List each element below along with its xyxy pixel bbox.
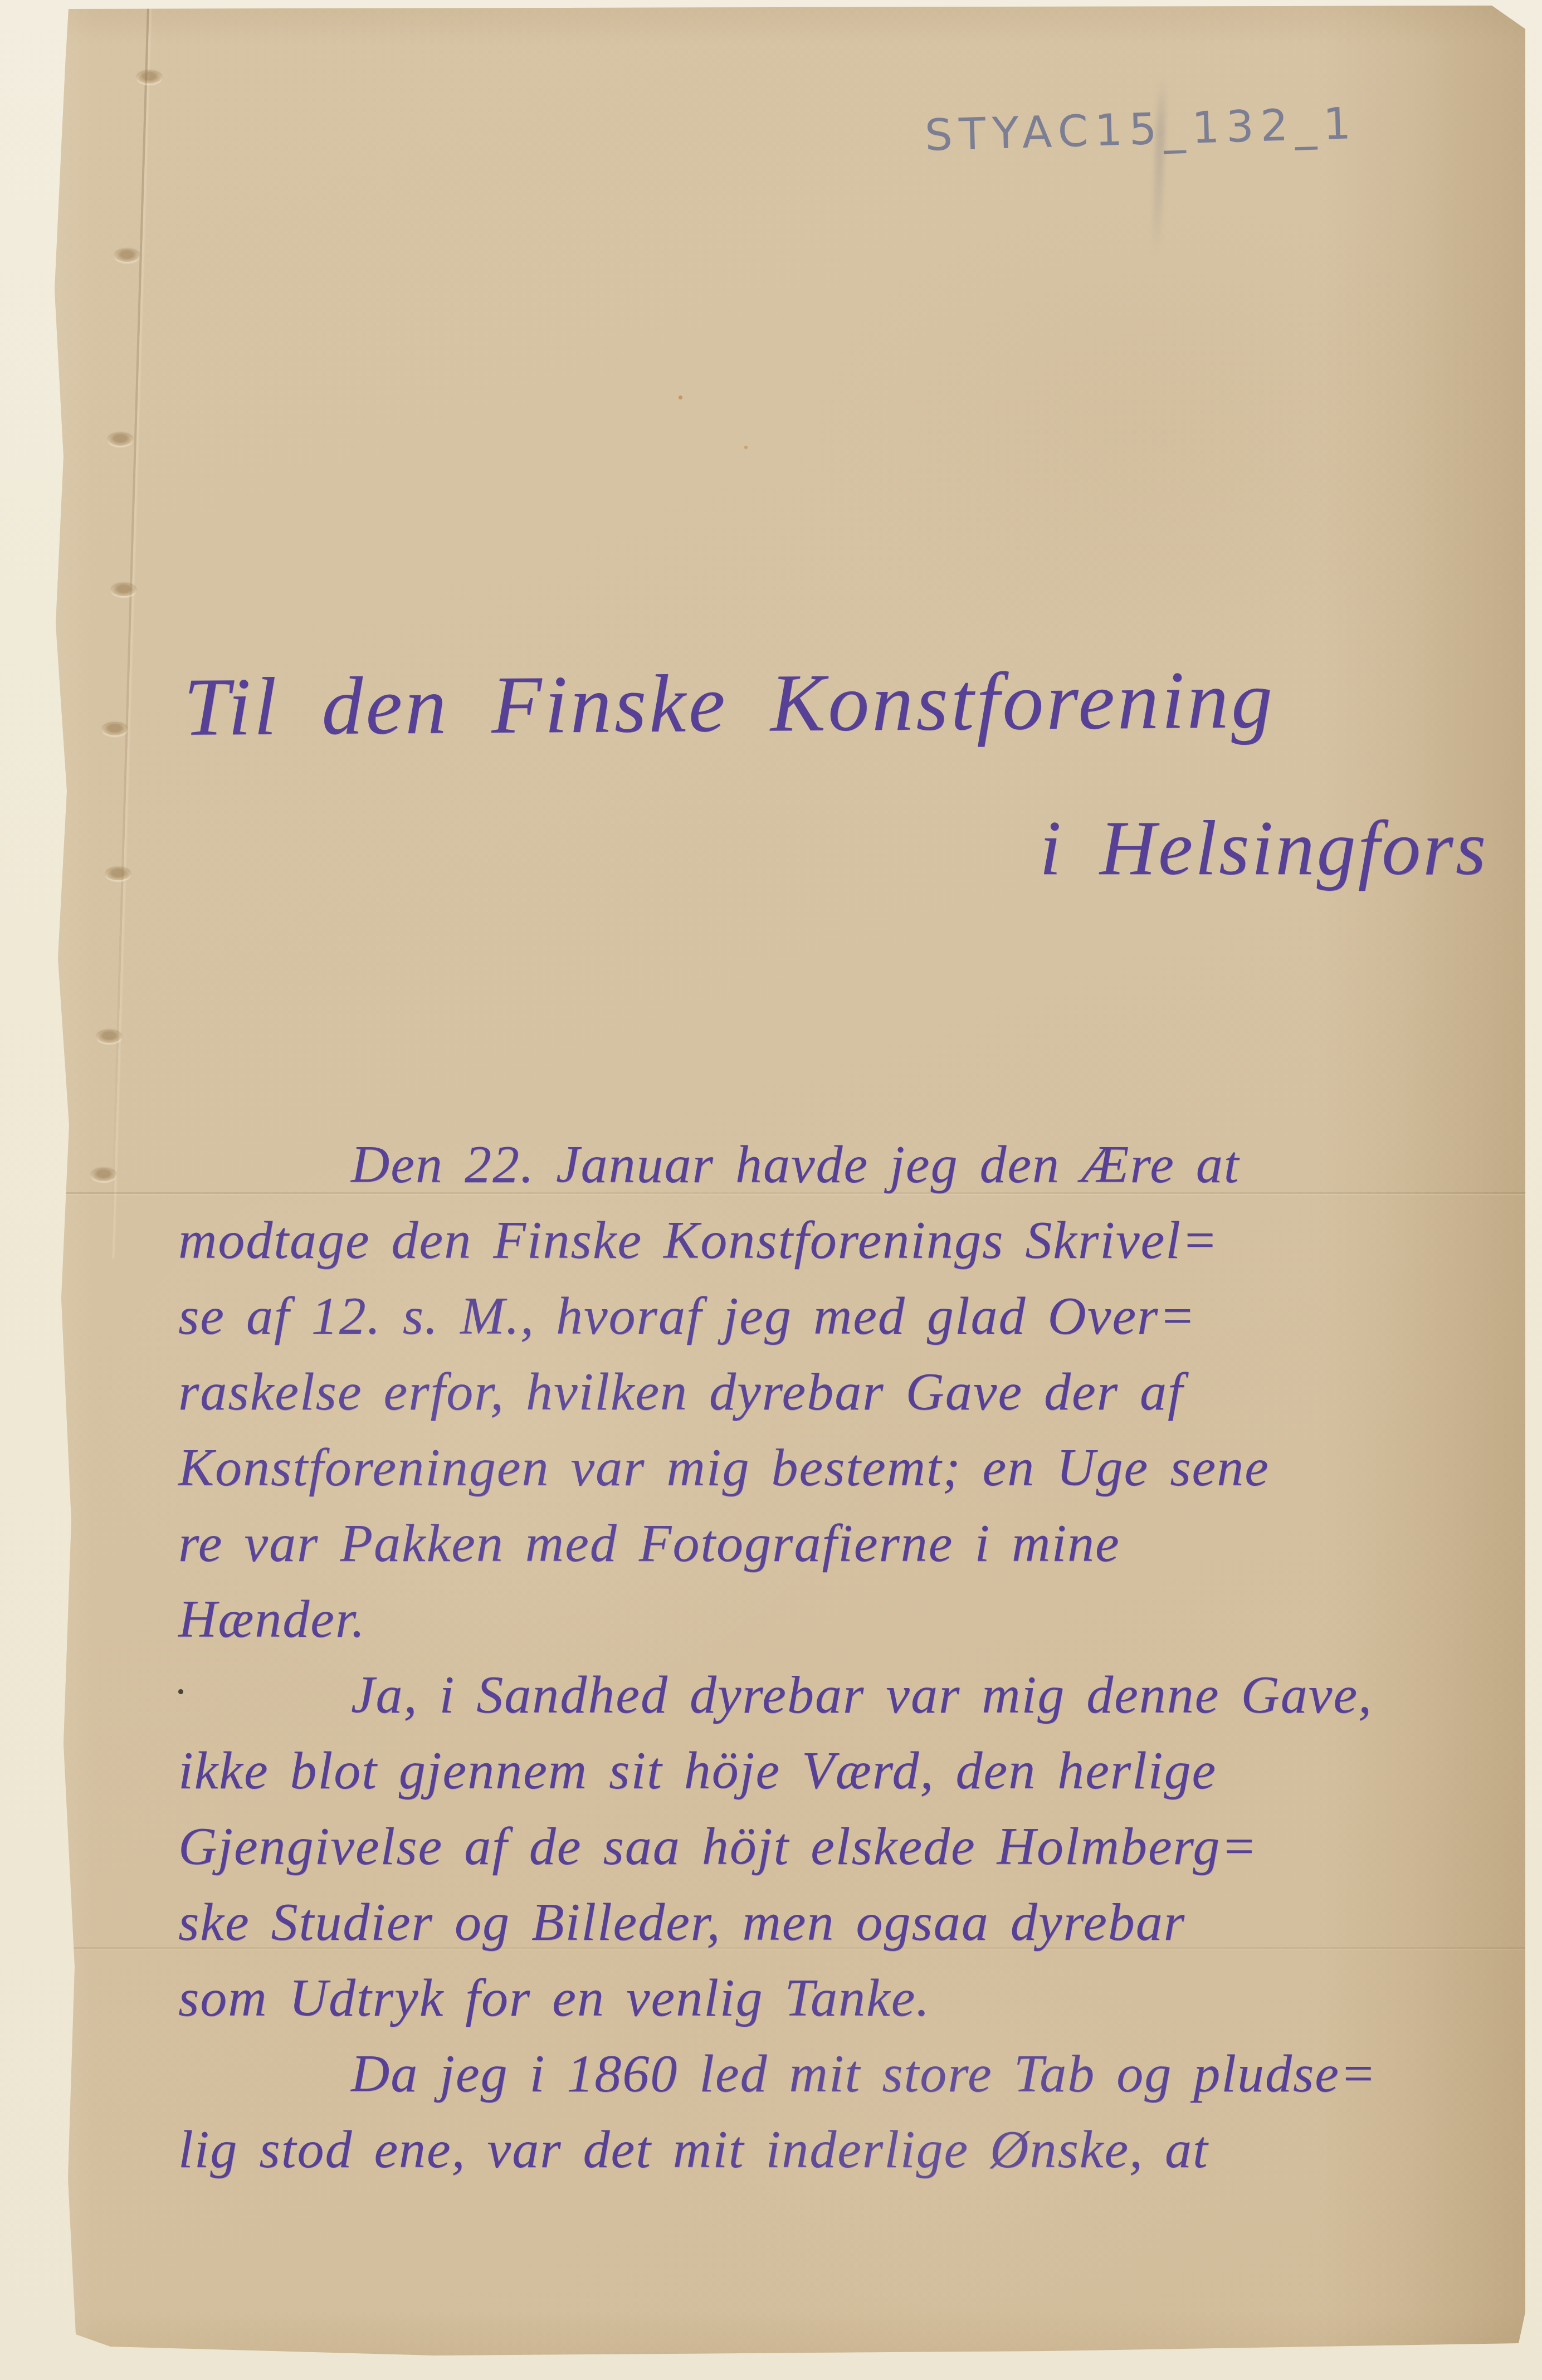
stitch-hole: [106, 868, 130, 880]
stitch-hole: [103, 723, 127, 735]
handwritten-line: Hænder.: [178, 1581, 1471, 1657]
paper-fleck: [679, 396, 682, 399]
handwritten-line: Ja, i Sandhed dyrebar var mig denne Gave…: [178, 1657, 1471, 1733]
stitch-hole: [91, 1169, 116, 1181]
paper-fleck: [744, 446, 748, 449]
letter-page: STYAC15_132_1 Til den Finske Konstforeni…: [43, 6, 1525, 2361]
handwritten-line: som Udtryk for en venlig Tanke.: [178, 1960, 1471, 2036]
handwritten-line: Gjengivelse af de saa höjt elskede Holmb…: [178, 1808, 1471, 1884]
stitch-hole: [97, 1031, 121, 1043]
handwritten-line: modtage den Finske Konstforenings Skrive…: [178, 1202, 1471, 1278]
handwritten-line: Konstforeningen var mig bestemt; en Uge …: [178, 1430, 1471, 1505]
stitch-hole: [115, 250, 139, 262]
letter-body: Den 22. Januar havde jeg den Ære at modt…: [178, 1126, 1471, 2187]
fold-crease: [110, 6, 149, 1259]
archival-reference-note: STYAC15_132_1: [924, 99, 1358, 161]
handwritten-line: re var Pakken med Fotografierne i mine: [178, 1505, 1471, 1581]
handwritten-line: ikke blot gjennem sit höje Værd, den her…: [178, 1733, 1471, 1808]
handwritten-line: ske Studier og Billeder, men ogsaa dyreb…: [178, 1884, 1471, 1960]
stitch-hole: [108, 433, 133, 446]
handwritten-line: Den 22. Januar havde jeg den Ære at: [178, 1126, 1471, 1202]
handwritten-line: Da jeg i 1860 led mit store Tab og pluds…: [178, 2036, 1471, 2111]
stitch-hole: [137, 71, 162, 84]
letter-recipient-heading: Til den Finske Konstforening: [183, 652, 1275, 755]
handwritten-line: lig stod ene, var det mit inderlige Ønsk…: [178, 2111, 1471, 2187]
scan-background: STYAC15_132_1 Til den Finske Konstforeni…: [0, 0, 1542, 2380]
letter-recipient-location: i Helsingfors: [1040, 803, 1488, 893]
stitch-hole: [111, 584, 136, 596]
handwritten-line: se af 12. s. M., hvoraf jeg med glad Ove…: [178, 1278, 1471, 1354]
handwritten-line: raskelse erfor, hvilken dyrebar Gave der…: [178, 1354, 1471, 1430]
